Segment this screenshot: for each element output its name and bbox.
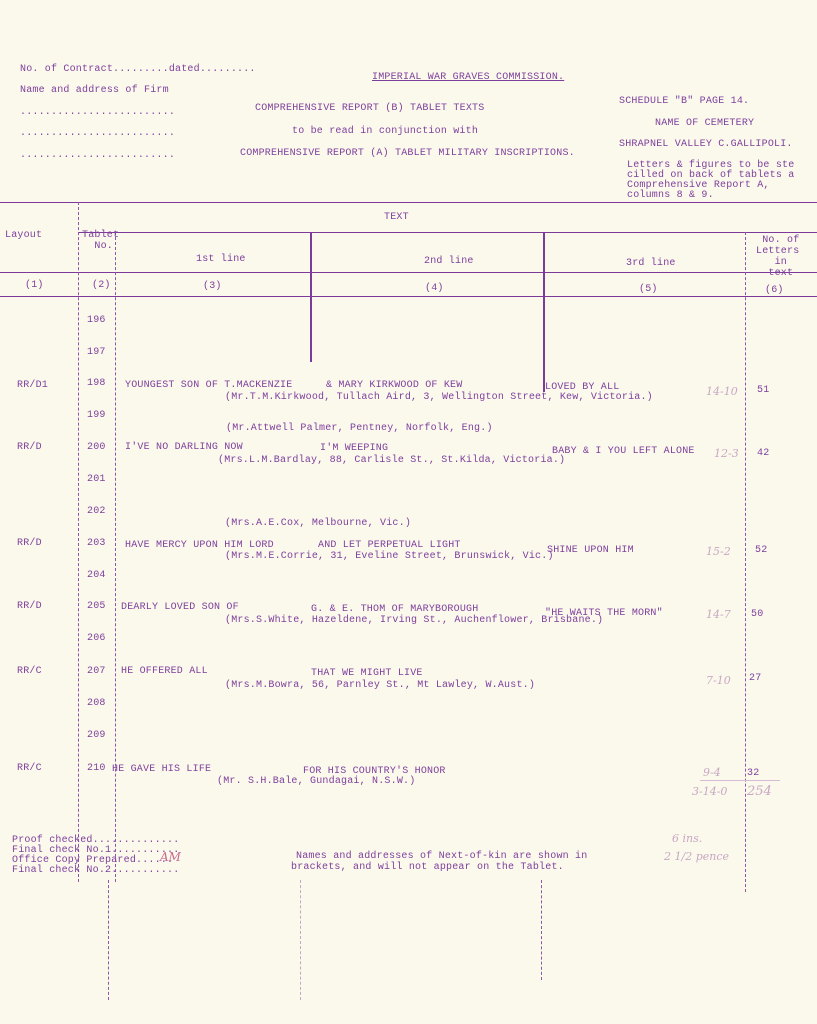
tablet-no: 203 [87,538,106,549]
tablet-no: 200 [87,442,106,453]
line3-text: BABY & I YOU LEFT ALONE [552,446,695,457]
handwritten-size: 14-10 [706,385,738,398]
tablet-no: 199 [87,410,106,421]
col-header-line3: 3rd line [626,258,676,269]
total-handwritten: 3-14-0 [692,785,727,798]
tablet-no: 210 [87,763,106,774]
cemetery-name: SHRAPNEL VALLEY C.GALLIPOLI. [619,139,793,150]
final-check-2: Final check No.2........... [12,866,179,876]
tablet-no: 196 [87,315,106,326]
firm-dots-3: ......................... [20,150,175,161]
col-divider-4 [543,232,545,392]
next-of-kin: (Mr. S.H.Bale, Gundagai, N.S.W.) [217,776,415,787]
tablet-no: 204 [87,570,106,581]
line2-text: G. & E. THOM OF MARYBOROUGH [311,604,478,615]
handwritten-size: 14-7 [706,608,731,621]
line1-text: HAVE MERCY UPON HIM LORD [125,540,274,551]
layout-code: RR/D [17,538,42,549]
col-header-line2: 2nd line [424,256,474,267]
line3-text: SHINE UPON HIM [547,545,634,556]
initials-signature: AM [160,850,181,864]
col-num-6: (6) [765,285,784,296]
contract-line: No. of Contract.........dated......... [20,64,256,75]
text-header: TEXT [384,212,409,223]
next-of-kin: (Mr.T.M.Kirkwood, Tullach Aird, 3, Welli… [225,392,653,403]
line1-text: I'VE NO DARLING NOW [125,442,243,453]
line2-text: I'M WEEPING [320,443,388,454]
stencil-note-4: columns 8 & 9. [627,191,714,201]
col-num-5: (5) [639,284,658,295]
tablet-no: 198 [87,378,106,389]
text-header-rule [78,232,817,233]
handwritten-cost-note: 2 1/2 pence [664,850,729,863]
col-header-letters: No. of Letters in text [756,235,799,279]
colnum-rule [0,296,817,297]
tablet-no: 209 [87,730,106,741]
col-divider-5 [745,232,746,892]
tablet-no: 206 [87,633,106,644]
line1-text: YOUNGEST SON OF T.MACKENZIE [125,380,292,391]
letter-count: 42 [757,448,769,459]
kin-note-2: brackets, and will not appear on the Tab… [291,862,564,873]
tablet-no: 205 [87,601,106,612]
line2-text: THAT WE MIGHT LIVE [311,668,423,679]
col-num-1: (1) [25,280,44,291]
layout-code: RR/C [17,763,42,774]
commission-title: IMPERIAL WAR GRAVES COMMISSION. [372,72,564,83]
col-header-layout: Layout [5,230,42,241]
handwritten-size: 9-4 [703,766,721,779]
col-header-tablet: Tablet No. [82,230,119,252]
tablet-no: 197 [87,347,106,358]
col-num-4: (4) [425,283,444,294]
handwritten-size: 12-3 [714,447,739,460]
schedule-page: SCHEDULE "B" PAGE 14. [619,96,749,107]
cemetery-label: NAME OF CEMETERY [655,118,754,129]
line2-text: AND LET PERPETUAL LIGHT [318,540,461,551]
col-divider-3 [310,232,312,362]
letter-count: 27 [749,673,761,684]
next-of-kin: (Mrs.L.M.Bardlay, 88, Carlisle St., St.K… [218,455,565,466]
line2-text: & MARY KIRKWOOD OF KEW [326,380,462,391]
line1-text: DEARLY LOVED SON OF [121,602,239,613]
header-rule [0,272,817,273]
next-of-kin: (Mrs.A.E.Cox, Melbourne, Vic.) [225,518,411,529]
letter-count: 32 [747,768,759,779]
col-num-2: (2) [92,280,111,291]
firm-dots-1: ......................... [20,107,175,118]
layout-code: RR/C [17,666,42,677]
layout-code: RR/D [17,442,42,453]
handwritten-size: 7-10 [706,674,731,687]
handwritten-size: 15-2 [706,545,731,558]
report-a-title: COMPREHENSIVE REPORT (A) TABLET MILITARY… [240,148,575,159]
letter-count: 52 [755,545,767,556]
next-of-kin: (Mrs.M.Bowra, 56, Parnley St., Mt Lawley… [225,680,535,691]
kin-note-1: Names and addresses of Next-of-kin are s… [296,851,587,862]
next-of-kin: (Mr.Attwell Palmer, Pentney, Norfolk, En… [226,423,493,434]
next-of-kin: (Mrs.S.White, Hazeldene, Irving St., Auc… [225,615,603,626]
letter-count: 51 [757,385,769,396]
lower-rule-1 [108,880,109,1000]
col-divider-1 [78,202,79,882]
tablet-no: 207 [87,666,106,677]
firm-label: Name and address of Firm [20,85,169,96]
lower-rule-2 [300,880,301,1000]
tablet-no: 202 [87,506,106,517]
line1-text: HE OFFERED ALL [121,666,208,677]
col-divider-2 [115,232,116,882]
report-b-title: COMPREHENSIVE REPORT (B) TABLET TEXTS [255,103,484,114]
total-letters: 254 [747,784,772,799]
next-of-kin: (Mrs.M.E.Corrie, 31, Eveline Street, Bru… [225,551,554,562]
table-top-rule [0,202,817,203]
layout-code: RR/D [17,601,42,612]
lower-rule-3 [541,880,542,980]
tablet-no: 201 [87,474,106,485]
line1-text: HE GAVE HIS LIFE [112,764,211,775]
col-header-line1: 1st line [196,254,246,265]
col-num-3: (3) [203,281,222,292]
letter-count: 50 [751,609,763,620]
layout-code: RR/D1 [17,380,48,391]
tablet-no: 208 [87,698,106,709]
conjunction-text: to be read in conjunction with [292,126,478,137]
handwritten-size-note: 6 ins. [672,832,702,845]
firm-dots-2: ......................... [20,128,175,139]
total-rule [700,780,780,781]
